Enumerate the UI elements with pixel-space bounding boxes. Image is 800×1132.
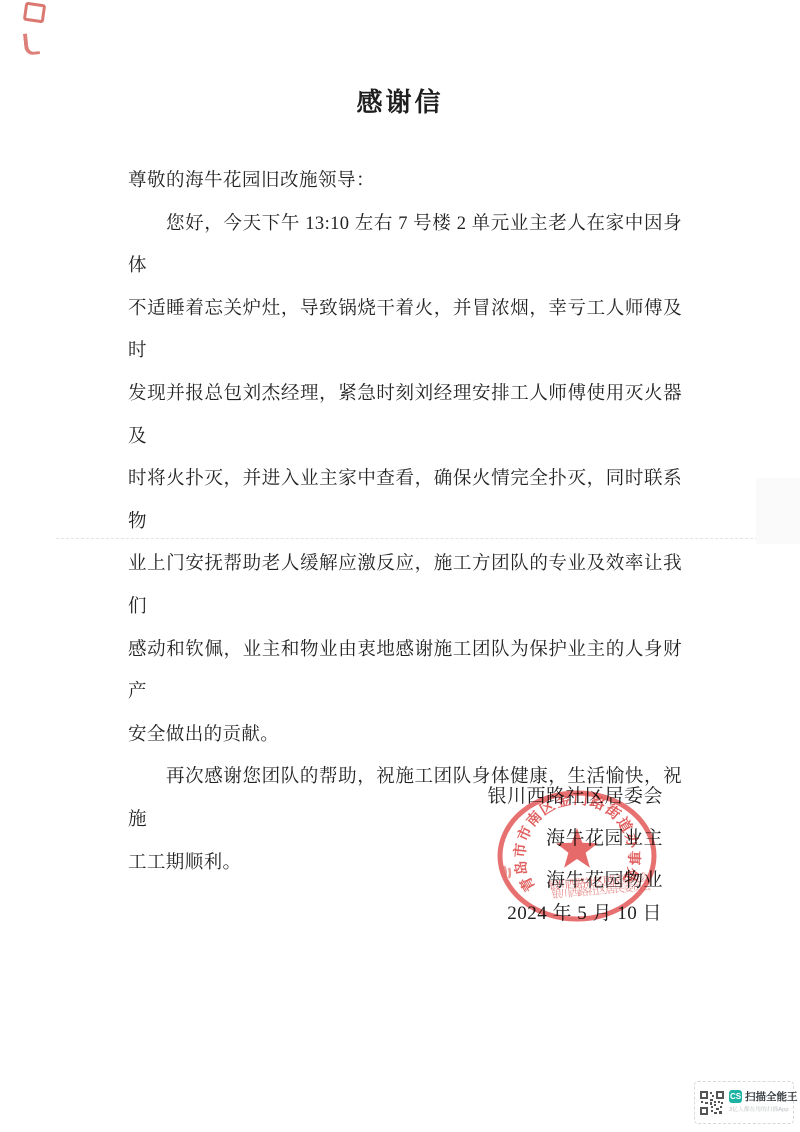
scan-artifact-shade [756, 478, 800, 544]
body-line: 发现并报总包刘杰经理，紧急时刻刘经理安排工人师傅使用灭火器及 [128, 373, 682, 458]
scanned-letter-page: 感谢信 尊敬的海牛花园旧改施领导： 您好，今天下午 13:10 左右 7 号楼 … [0, 0, 800, 1132]
body-line: 业上门安抚帮助老人缓解应激反应，施工方团队的专业及效率让我们 [128, 543, 682, 628]
star-icon [556, 828, 598, 868]
qr-code-icon [699, 1090, 725, 1116]
body-line: 感动和钦佩，业主和物业由衷地感谢施工团队为保护业主的人身财产 [128, 629, 682, 714]
watermark-app-name: 扫描全能王 [745, 1089, 798, 1104]
body-line: 时将火扑灭，并进入业主家中查看，确保火情完全扑灭，同时联系物 [128, 458, 682, 543]
camscanner-watermark: CS 扫描全能王 3亿人都在用的扫描App [694, 1081, 794, 1124]
red-ink-mark [23, 32, 40, 55]
seal-graphic: 青岛市市南区金门路街道办事处 银川西路社区居民委员会 银川西路社区居民委员会 [492, 790, 662, 930]
body-line: 安全做出的贡献。 [128, 714, 682, 757]
official-seal-stamp: 青岛市市南区金门路街道办事处 银川西路社区居民委员会 银川西路社区居民委员会 [492, 790, 662, 930]
watermark-tagline: 3亿人都在用的扫描App [729, 1105, 789, 1113]
body-line: 不适睡着忘关炉灶，导致锅烧干着火，并冒浓烟，幸亏工人师傅及时 [128, 288, 682, 373]
red-ink-mark [23, 2, 46, 24]
salutation: 尊敬的海牛花园旧改施领导： [128, 160, 682, 203]
camscanner-logo-icon: CS [729, 1090, 742, 1103]
letter-title: 感谢信 [0, 82, 800, 119]
body-line: 您好，今天下午 13:10 左右 7 号楼 2 单元业主老人在家中因身体 [128, 203, 682, 288]
